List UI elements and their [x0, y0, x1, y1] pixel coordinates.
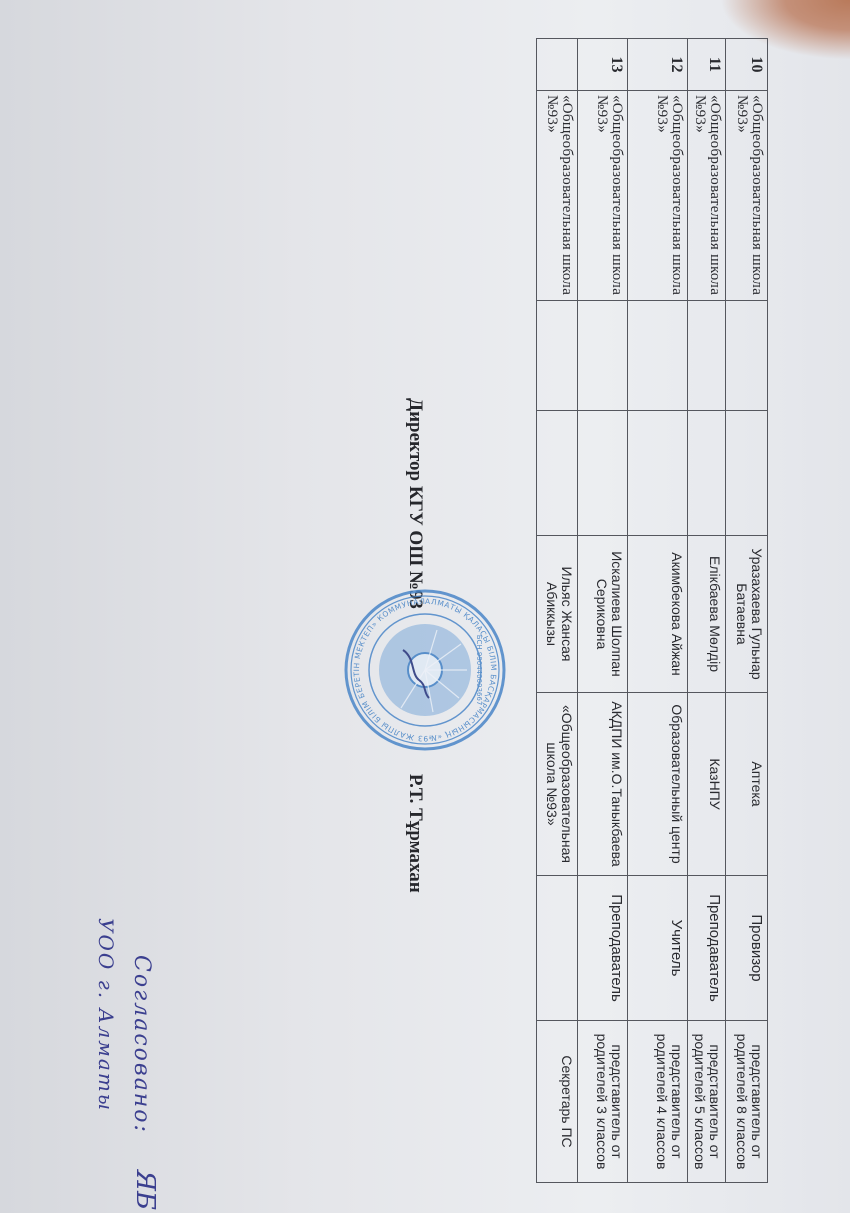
director-title: Директор КГУ ОШ №93 [405, 398, 426, 609]
position-cell: Учитель [628, 876, 688, 1021]
members-table: 10«Общеобразовательная школа №93»Уразаха… [536, 38, 768, 1183]
official-stamp-icon: АЛМАТЫ ҚАЛАСЫ БІЛІМ БАСҚАРМАСЫНЫҢ «№93 Ж… [343, 588, 507, 752]
school-cell: «Общеобразовательная школа №93» [578, 91, 628, 301]
row-number [537, 39, 578, 91]
name-cell: Искалиева Шолпан Сериковна [578, 536, 628, 693]
table-row: 13«Общеобразовательная школа №93»Искалие… [578, 39, 628, 1183]
role-cell: представитель от родителей 8 классов [726, 1021, 768, 1183]
workplace-cell: «Общеобразовательная школа №93» [537, 693, 578, 876]
school-cell: «Общеобразовательная школа №93» [688, 91, 726, 301]
school-cell: «Общеобразовательная школа №93» [726, 91, 768, 301]
row-number: 13 [578, 39, 628, 91]
workplace-cell: АКДПИ им.О.Таныкбаева [578, 693, 628, 876]
workplace-cell: Аптека [726, 693, 768, 876]
name-cell: Ильяс Жансая Абиккызы [537, 536, 578, 693]
approval-signature-mark: ЯБ [130, 1170, 160, 1210]
role-cell: представитель от родителей 3 классов [578, 1021, 628, 1183]
school-cell: «Общеобразовательная школа №93» [537, 91, 578, 301]
empty-cell [688, 411, 726, 536]
approval-authority-handwriting: УОО г. Алматы [94, 918, 118, 1112]
svg-text:БСН 990440003667: БСН 990440003667 [475, 635, 483, 706]
row-number: 11 [688, 39, 726, 91]
photo-viewport: 10«Общеобразовательная школа №93»Уразаха… [0, 0, 850, 1213]
empty-cell [726, 301, 768, 411]
table-row: «Общеобразовательная школа №93»Ильяс Жан… [537, 39, 578, 1183]
table-row: 10«Общеобразовательная школа №93»Уразаха… [726, 39, 768, 1183]
document-page: 10«Общеобразовательная школа №93»Уразаха… [0, 0, 850, 1213]
empty-cell [537, 411, 578, 536]
workplace-cell: КазНПУ [688, 693, 726, 876]
role-cell: Секретарь ПС [537, 1021, 578, 1183]
school-cell: «Общеобразовательная школа №93» [628, 91, 688, 301]
name-cell: Елікбаева Мөлдір [688, 536, 726, 693]
role-cell: представитель от родителей 4 классов [628, 1021, 688, 1183]
empty-cell [578, 301, 628, 411]
position-cell: Преподаватель [578, 876, 628, 1021]
row-number: 12 [628, 39, 688, 91]
approval-handwriting: Согласовано: [129, 955, 154, 1134]
empty-cell [537, 301, 578, 411]
role-cell: представитель от родителей 5 классов [688, 1021, 726, 1183]
position-cell: Преподаватель [688, 876, 726, 1021]
name-cell: Акимбекова Айжан [628, 536, 688, 693]
empty-cell [578, 411, 628, 536]
table-row: 11«Общеобразовательная школа №93»Елікбае… [688, 39, 726, 1183]
empty-cell [726, 411, 768, 536]
position-cell: Провизор [726, 876, 768, 1021]
empty-cell [628, 301, 688, 411]
empty-cell [688, 301, 726, 411]
row-number: 10 [726, 39, 768, 91]
position-cell [537, 876, 578, 1021]
workplace-cell: Образовательный центр [628, 693, 688, 876]
empty-cell [628, 411, 688, 536]
director-name: Р.Т. Тұрмахан [405, 774, 426, 893]
name-cell: Уразахаева Гульнар Батаевна [726, 536, 768, 693]
table-row: 12«Общеобразовательная школа №93»Акимбек… [628, 39, 688, 1183]
